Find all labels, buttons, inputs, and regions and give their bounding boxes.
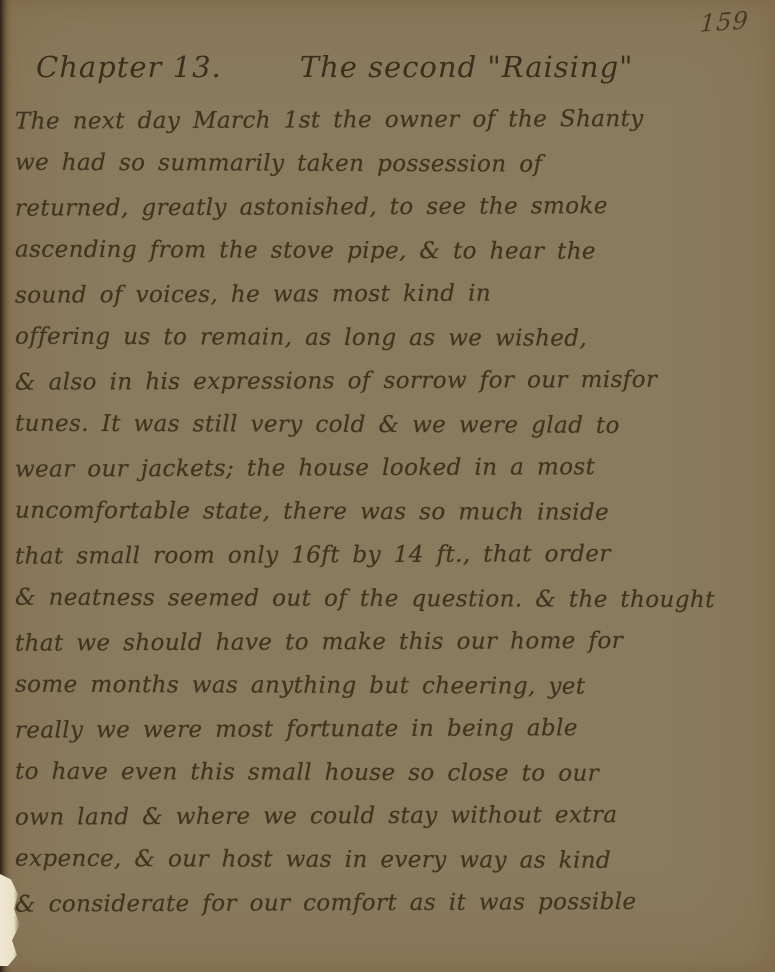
chapter-heading: Chapter 13.The second "Raising" [36,50,755,84]
manuscript-line: & also in his expressions of sorrow for … [15,358,769,405]
manuscript-line: really we were most fortunate in being a… [15,706,769,753]
manuscript-line: ascending from the stove pipe, & to hear… [15,228,769,274]
chapter-label: Chapter 13. [36,50,222,84]
manuscript-line: some months was anything but cheering, y… [15,663,769,709]
manuscript-line: we had so summarily taken possession of [15,141,769,187]
manuscript-body: The next day March 1st the owner of the … [15,99,769,926]
manuscript-line: to have even this small house so close t… [15,750,769,796]
manuscript-line: offering us to remain, as long as we wis… [15,315,769,361]
manuscript-line: uncomfortable state, there was so much i… [15,489,769,535]
manuscript-line: & considerate for our comfort as it was … [15,880,769,927]
manuscript-page: 159 Chapter 13.The second "Raising" The … [0,0,775,972]
manuscript-line: & neatness seemed out of the question. &… [15,576,769,622]
manuscript-line: that small room only 16ft by 14 ft., tha… [15,532,769,579]
manuscript-line: sound of voices, he was most kind in [15,271,769,318]
manuscript-line: tunes. It was still very cold & we were … [15,402,769,448]
binding-edge [0,0,12,972]
manuscript-line: wear our jackets; the house looked in a … [15,445,769,492]
manuscript-line: expence, & our host was in every way as … [15,837,769,883]
manuscript-line: own land & where we could stay without e… [15,793,769,840]
page-number: 159 [699,6,750,38]
manuscript-line: that we should have to make this our hom… [15,619,769,666]
manuscript-line: The next day March 1st the owner of the … [15,97,769,144]
chapter-title: The second "Raising" [300,50,634,84]
manuscript-line: returned, greatly astonished, to see the… [15,184,769,231]
